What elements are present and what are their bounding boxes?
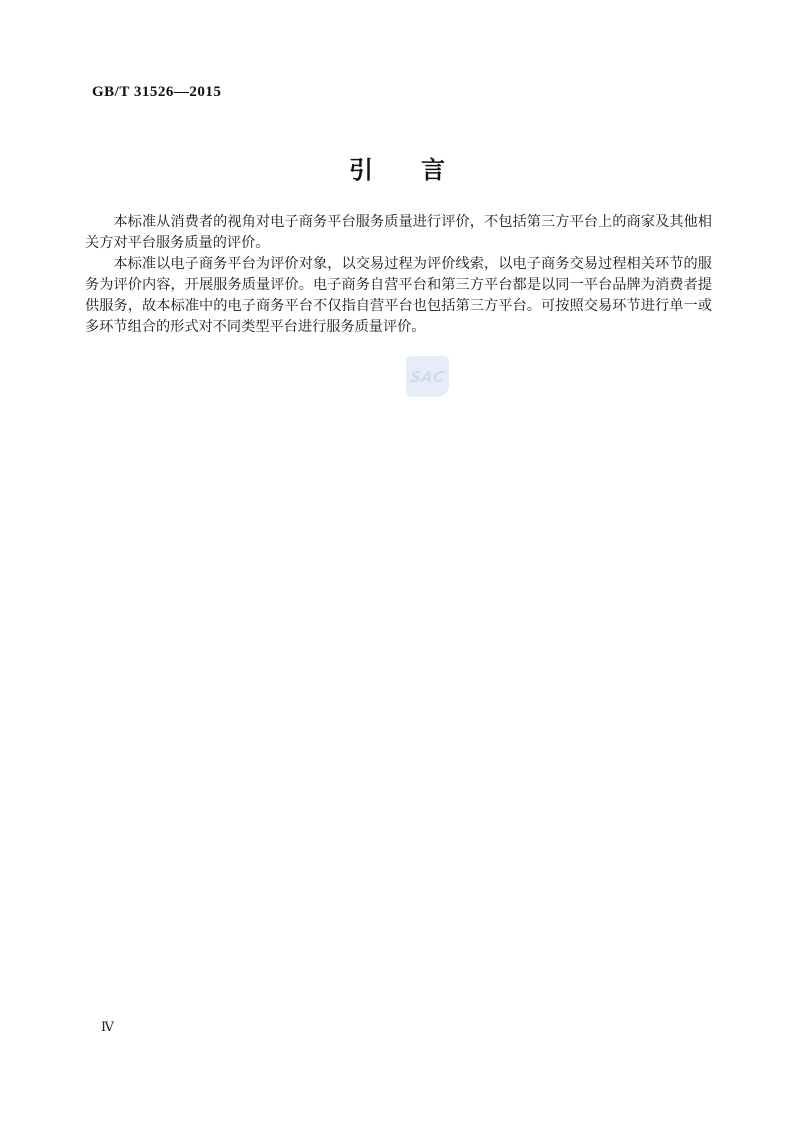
page-number: Ⅳ xyxy=(101,1019,114,1035)
page-title: 引 言 xyxy=(0,150,794,185)
sac-logo-icon: SAC xyxy=(409,368,446,386)
standard-code: GB/T 31526—2015 xyxy=(92,84,221,101)
body-text: 本标准从消费者的视角对电子商务平台服务质量进行评价，不包括第三方平台上的商家及其… xyxy=(85,212,712,338)
paragraph-2: 本标准以电子商务平台为评价对象，以交易过程为评价线索，以电子商务交易过程相关环节… xyxy=(85,254,712,338)
paragraph-1: 本标准从消费者的视角对电子商务平台服务质量进行评价，不包括第三方平台上的商家及其… xyxy=(85,212,712,254)
sac-watermark-badge: SAC xyxy=(406,356,449,397)
document-page: GB/T 31526—2015 引 言 本标准从消费者的视角对电子商务平台服务质… xyxy=(0,0,794,1123)
